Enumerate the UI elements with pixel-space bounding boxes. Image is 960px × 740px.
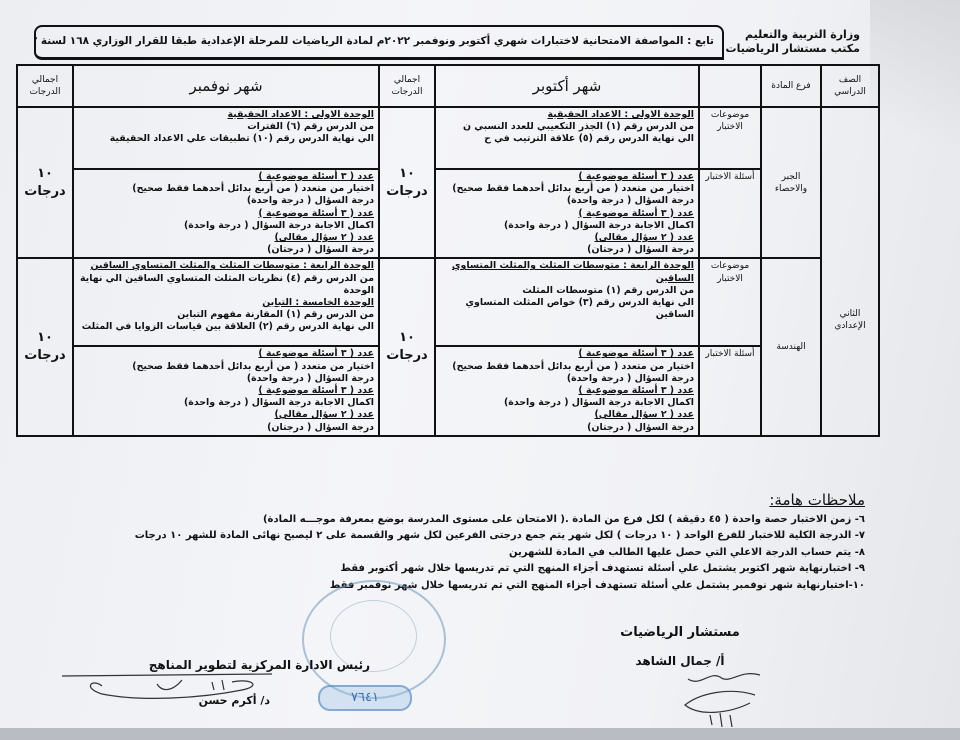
- cell-line: درجة السؤال ( درجتان): [78, 422, 374, 434]
- oct-algebra-topics: الوحدة الاولى : الاعداد الحقيقيةمن الدرس…: [435, 107, 699, 169]
- cell-line: اكمال الاجابة درجة السؤال ( درجة واحدة): [78, 220, 374, 232]
- cell-line: عدد ( ٣ أسئلة موضوعية ): [78, 348, 374, 360]
- cell-line: من الدرس رقم (١) متوسطات المثلث: [440, 285, 694, 297]
- total-nov-geometry: ١٠درجات: [17, 258, 73, 435]
- header-total-october: اجمالي الدرجات: [379, 65, 435, 107]
- oct-geometry-questions: عدد ( ٣ أسئلة موضوعية )اختيار من متعدد (…: [435, 346, 699, 435]
- total-nov-algebra: ١٠درجات: [17, 107, 73, 258]
- cell-line: عدد ( ٣ أسئلة موضوعية ): [78, 171, 374, 183]
- nov-algebra-questions: عدد ( ٣ أسئلة موضوعية )اختيار من متعدد (…: [73, 169, 379, 258]
- total-oct-geometry: ١٠درجات: [379, 258, 435, 435]
- nov-geometry-questions: عدد ( ٣ أسئلة موضوعية )اختيار من متعدد (…: [73, 346, 379, 435]
- cell-line: عدد ( ٢ سؤال مقالي): [78, 232, 374, 244]
- notes-title: ملاحظات هامة:: [5, 492, 865, 509]
- cell-line: اختيار من متعدد ( من أربع بدائل أحدهما ف…: [78, 361, 374, 373]
- cell-line: عدد ( ٣ أسئلة موضوعية ): [440, 208, 694, 220]
- cell-line: الوحدة الرابعة : متوسطات المثلث والمثلث …: [78, 260, 374, 272]
- cell-line: عدد ( ٣ أسئلة موضوعية ): [78, 385, 374, 397]
- cell-line: عدد ( ٣ أسئلة موضوعية ): [440, 348, 694, 360]
- scan-edge: [0, 728, 960, 740]
- total-oct-algebra: ١٠درجات: [379, 107, 435, 258]
- branch-geometry: الهندسة: [761, 258, 821, 435]
- cell-line: من الدرس رقم (٦) الفترات: [78, 121, 374, 133]
- signature-title: مستشار الرياضيات: [605, 625, 755, 640]
- note-item: ٧- الدرجة الكلية للاختبار للفرع الواحد (…: [5, 528, 865, 545]
- cell-line: الوحدة الخامسة : التباين: [78, 297, 374, 309]
- paper-fold-shadow: [870, 0, 960, 160]
- cell-line: درجة السؤال ( درجتان): [78, 244, 374, 256]
- header-october: شهر أكتوبر: [435, 65, 699, 107]
- table-header-row: الصف الدراسي فرع المادة شهر أكتوبر اجمال…: [17, 65, 879, 107]
- label-topics: موضوعات الاختبار: [699, 258, 761, 346]
- note-item: ٩- اختبارنهاية شهر اكتوبر يشتمل علي أسئل…: [5, 561, 865, 578]
- table-row: الثاني الإعدادي الجبر والاحصاء موضوعات ا…: [17, 107, 879, 169]
- cell-line: عدد ( ٢ سؤال مقالي): [440, 409, 694, 421]
- cell-line: اختيار من متعدد ( من أربع بدائل أحدهما ف…: [78, 183, 374, 195]
- note-item: ٨- يتم حساب الدرجة الاعلي التي حصل عليها…: [5, 545, 865, 562]
- branch-algebra: الجبر والاحصاء: [761, 107, 821, 258]
- cell-line: الي نهاية الدرس رقم (٢) العلاقة بين قياس…: [78, 321, 374, 333]
- oct-geometry-topics: الوحدة الرابعة : متوسطات المثلث والمثلث …: [435, 258, 699, 346]
- cell-line: من الدرس رقم (١) المقارنة مفهوم التباين: [78, 309, 374, 321]
- nov-algebra-topics: الوحدة الاولى : الاعداد الحقيقيةمن الدرس…: [73, 107, 379, 169]
- note-item: ٦- زمن الاختبار حصة واحدة ( ٤٥ دقيقة ) ل…: [5, 512, 865, 529]
- cell-line: الي نهاية الدرس رقم (٥) علاقة الترتيب في…: [440, 133, 694, 145]
- cell-line: اختيار من متعدد ( من أربع بدائل أحدهما ف…: [440, 361, 694, 373]
- grade-level-cell: الثاني الإعدادي: [821, 107, 879, 436]
- cell-line: الوحدة الاولى : الاعداد الحقيقية: [440, 109, 694, 121]
- table-row: الهندسة موضوعات الاختبار الوحدة الرابعة …: [17, 258, 879, 346]
- important-notes: ملاحظات هامة: ٦- زمن الاختبار حصة واحدة …: [5, 492, 865, 594]
- cell-line: درجة السؤال ( درجة واحدة): [440, 373, 694, 385]
- table-row: أسئلة الاختبار عدد ( ٣ أسئلة موضوعية )اخ…: [17, 346, 879, 435]
- cell-line: اكمال الاجابة درجة السؤال ( درجة واحدة): [440, 220, 694, 232]
- cell-line: درجة السؤال ( درجة واحدة): [78, 373, 374, 385]
- header-grade-level: الصف الدراسي: [821, 65, 879, 107]
- office-name: مكتب مستشار الرياضيات: [726, 42, 860, 56]
- document-title: تابع : المواصفة الامتحانية لاختبارات شهر…: [34, 25, 724, 60]
- nov-geometry-topics: الوحدة الرابعة : متوسطات المثلث والمثلث …: [73, 258, 379, 346]
- cell-line: اكمال الاجابة درجة السؤال ( درجة واحدة): [440, 397, 694, 409]
- cell-line: الي نهاية الدرس رقم (١٠) تطبيقات علي الا…: [78, 133, 374, 145]
- document-page: وزارة التربية والتعليم مكتب مستشار الريا…: [0, 0, 960, 728]
- cell-line: عدد ( ٣ أسئلة موضوعية ): [440, 385, 694, 397]
- cell-line: عدد ( ٢ سؤال مقالي): [78, 409, 374, 421]
- cell-line: عدد ( ٣ أسئلة موضوعية ): [440, 171, 694, 183]
- handwritten-signature-icon: [62, 668, 302, 708]
- exam-spec-table: الصف الدراسي فرع المادة شهر أكتوبر اجمال…: [16, 64, 880, 437]
- cell-line: درجة السؤال ( درجتان): [440, 422, 694, 434]
- header-total-november: اجمالي الدرجات: [17, 65, 73, 107]
- note-item: ١٠-اختبارنهاية شهر نوفمبر يشتمل علي أسئل…: [5, 578, 865, 595]
- label-questions: أسئلة الاختبار: [699, 169, 761, 258]
- oct-algebra-questions: عدد ( ٣ أسئلة موضوعية )اختيار من متعدد (…: [435, 169, 699, 258]
- cell-line: الوحدة الرابعة : متوسطات المثلث والمثلث …: [440, 260, 694, 284]
- header-branch: فرع المادة: [761, 65, 821, 107]
- ministry-header: وزارة التربية والتعليم مكتب مستشار الريا…: [726, 28, 860, 56]
- cell-line: الي نهاية الدرس رقم (٣) خواص المثلث المت…: [440, 297, 694, 321]
- ministry-name: وزارة التربية والتعليم: [726, 28, 860, 42]
- math-advisor-signature: مستشار الرياضيات أ/ جمال الشاهد: [605, 625, 755, 668]
- cell-line: اختيار من متعدد ( من أربع بدائل أحدهما ف…: [440, 183, 694, 195]
- cell-line: درجة السؤال ( درجة واحدة): [440, 195, 694, 207]
- table-row: أسئلة الاختبار عدد ( ٣ أسئلة موضوعية )اخ…: [17, 169, 879, 258]
- label-questions: أسئلة الاختبار: [699, 346, 761, 435]
- cell-line: درجة السؤال ( درجة واحدة): [78, 195, 374, 207]
- header-november: شهر نوفمبر: [73, 65, 379, 107]
- cell-line: الوحدة الاولى : الاعداد الحقيقية: [78, 109, 374, 121]
- cell-line: عدد ( ٢ سؤال مقالي): [440, 232, 694, 244]
- cell-line: من الدرس رقم (٤) نظريات المثلث المتساوي …: [78, 273, 374, 297]
- handwritten-signature-icon: [660, 665, 770, 730]
- cell-line: عدد ( ٣ أسئلة موضوعية ): [78, 208, 374, 220]
- cell-line: من الدرس رقم (١) الجذر التكعيبي للعدد ال…: [440, 121, 694, 133]
- label-topics: موضوعات الاختبار: [699, 107, 761, 169]
- cell-line: اكمال الاجابة درجة السؤال ( درجة واحدة): [78, 397, 374, 409]
- cell-line: درجة السؤال ( درجتان): [440, 244, 694, 256]
- header-type: [699, 65, 761, 107]
